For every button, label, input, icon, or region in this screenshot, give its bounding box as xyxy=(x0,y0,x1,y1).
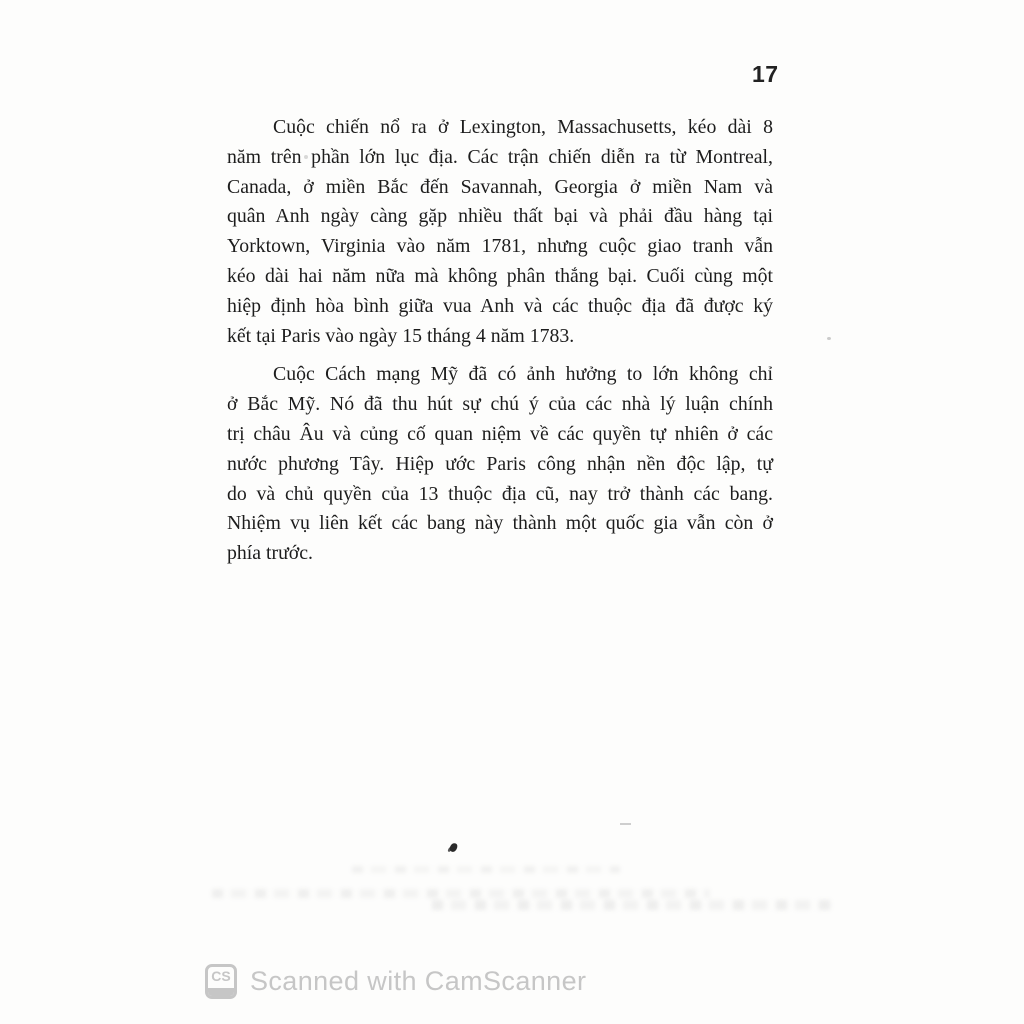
camscanner-logo-icon: CS xyxy=(205,964,237,999)
watermark-label: Scanned with CamScanner xyxy=(250,966,586,997)
text-line: kết tại Paris vào ngày 15 tháng 4 năm 17… xyxy=(227,322,773,352)
ink-speck xyxy=(449,842,458,853)
text-line: kéo dài hai năm nữa mà không phân thắng … xyxy=(227,262,773,292)
cs-logo-text: CS xyxy=(208,968,234,984)
text-line: Cuộc Cách mạng Mỹ đã có ảnh hưởng to lớn… xyxy=(227,360,773,390)
page-showthrough xyxy=(212,889,710,898)
scan-artifact xyxy=(620,823,631,825)
body-text: Cuộc chiến nổ ra ở Lexington, Massachuse… xyxy=(227,113,773,578)
text-line: hiệp định hòa bình giữa vua Anh và các t… xyxy=(227,292,773,322)
text-line: trị châu Âu và củng cố quan niệm về các … xyxy=(227,420,773,450)
page-number: 17 xyxy=(752,61,779,88)
camscanner-watermark: CS Scanned with CamScanner xyxy=(205,964,586,999)
paragraph: Cuộc chiến nổ ra ở Lexington, Massachuse… xyxy=(227,113,773,351)
text-line: Nhiệm vụ liên kết các bang này thành một… xyxy=(227,509,773,539)
text-line: Canada, ở miền Bắc đến Savannah, Georgia… xyxy=(227,173,773,203)
text-line: do và chủ quyền của 13 thuộc địa cũ, nay… xyxy=(227,480,773,510)
page-showthrough xyxy=(352,866,620,873)
paragraph: Cuộc Cách mạng Mỹ đã có ảnh hưởng to lớn… xyxy=(227,360,773,569)
text-line: phía trước. xyxy=(227,539,773,569)
text-line: Yorktown, Virginia vào năm 1781, nhưng c… xyxy=(227,232,773,262)
text-line: quân Anh ngày càng gặp nhiều thất bại và… xyxy=(227,202,773,232)
text-line: nước phương Tây. Hiệp ước Paris công nhậ… xyxy=(227,450,773,480)
page-showthrough xyxy=(432,900,832,910)
scan-artifact xyxy=(827,337,831,340)
text-line: Cuộc chiến nổ ra ở Lexington, Massachuse… xyxy=(227,113,773,143)
text-line: ở Bắc Mỹ. Nó đã thu hút sự chú ý của các… xyxy=(227,390,773,420)
text-line: năm trên phần lớn lục địa. Các trận chiế… xyxy=(227,143,773,173)
cs-logo-base xyxy=(208,988,234,996)
scanned-book-page: 17 Cuộc chiến nổ ra ở Lexington, Massach… xyxy=(0,0,1024,1024)
